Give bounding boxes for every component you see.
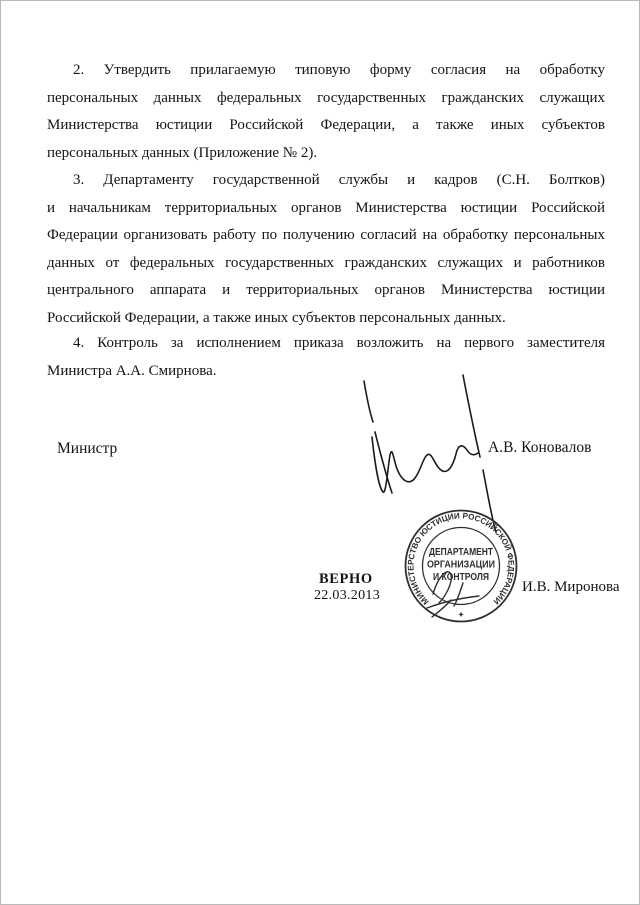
stamp-center-line-1: ДЕПАРТАМЕНТ bbox=[429, 547, 494, 558]
certification-date: 22.03.2013 bbox=[314, 587, 380, 604]
stamp-bottom-mark-icon: ✦ bbox=[458, 611, 464, 619]
official-round-stamp: МИНИСТЕРСТВО ЮСТИЦИИ РОССИЙСКОЙ ФЕДЕРАЦИ… bbox=[399, 504, 523, 628]
text-line: данных от федеральных государственных гр… bbox=[47, 250, 605, 278]
certified-true-label: ВЕРНО bbox=[319, 571, 373, 587]
text-line: персональных данных (Приложение № 2). bbox=[47, 140, 605, 168]
text-line: и начальникам территориальных органов Ми… bbox=[47, 195, 605, 223]
text-line: 4. Контроль за исполнением приказа возло… bbox=[47, 330, 605, 358]
text-line: Министерства юстиции Российской Федераци… bbox=[47, 112, 605, 140]
text-line: Министра А.А. Смирнова. bbox=[47, 358, 605, 386]
minister-name-label: А.В. Коновалов bbox=[488, 438, 591, 458]
text-line: персональных данных федеральных государс… bbox=[47, 85, 605, 113]
certifier-name-label: И.В. Миронова bbox=[522, 578, 620, 597]
stamp-center-line-2: ОРГАНИЗАЦИИ bbox=[427, 560, 495, 571]
paragraph-item-4: 4. Контроль за исполнением приказа возло… bbox=[47, 330, 605, 385]
document-page: 2. Утвердить прилагаемую типовую форму с… bbox=[0, 0, 640, 905]
minister-title-label: Министр bbox=[57, 439, 117, 459]
signature-stroke-wave bbox=[372, 437, 478, 492]
text-line: Российской Федерации, а также иных субъе… bbox=[47, 305, 605, 333]
text-line: центрального аппарата и территориальных … bbox=[47, 277, 605, 305]
text-line: 3. Департаменту государственной службы и… bbox=[47, 167, 605, 195]
paragraph-item-3: 3. Департаменту государственной службы и… bbox=[47, 167, 605, 332]
text-line: Федерации организовать работу по получен… bbox=[47, 222, 605, 250]
paragraph-item-2: 2. Утвердить прилагаемую типовую форму с… bbox=[47, 57, 605, 167]
text-line: 2. Утвердить прилагаемую типовую форму с… bbox=[47, 57, 605, 85]
stamp-center-line-3: И КОНТРОЛЯ bbox=[433, 572, 489, 583]
